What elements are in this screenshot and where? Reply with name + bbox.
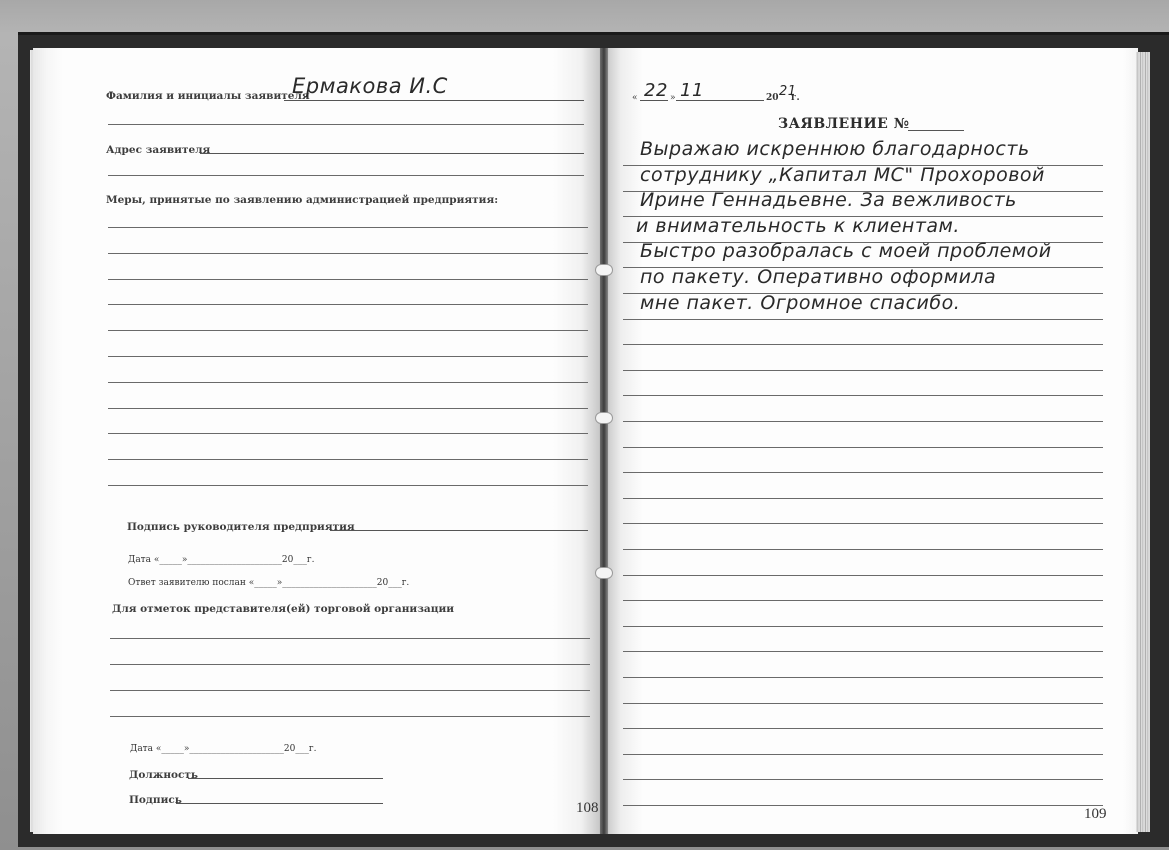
binding-stitch bbox=[595, 264, 613, 276]
ruled-line bbox=[623, 498, 1103, 499]
statement-line-text: сотруднику „Капитал МС" Прохоровой bbox=[640, 164, 1045, 186]
signature-field[interactable] bbox=[176, 803, 383, 804]
date-day-handwritten: 22 bbox=[644, 80, 668, 101]
date-line-1[interactable]: Дата «_____»_____________________20___г. bbox=[128, 555, 314, 565]
measures-label: Меры, принятые по заявлению администраци… bbox=[106, 194, 498, 206]
applicant-name-label: Фамилия и инициалы заявителя bbox=[106, 90, 310, 102]
right-page-edges bbox=[1136, 52, 1150, 832]
ruled-line bbox=[623, 626, 1103, 627]
date-day-field[interactable] bbox=[640, 100, 668, 101]
ruled-line bbox=[108, 485, 588, 486]
statement-title: ЗАЯВЛЕНИЕ № bbox=[778, 116, 909, 132]
ruled-line bbox=[108, 356, 588, 357]
applicant-name-field[interactable] bbox=[284, 100, 584, 101]
statement-line-text: мне пакет. Огромное спасибо. bbox=[640, 292, 960, 314]
ruled-line bbox=[623, 600, 1103, 601]
ruled-line bbox=[623, 779, 1103, 780]
statement-line-text: и внимательность к клиентам. bbox=[636, 215, 960, 237]
ruled-line bbox=[623, 677, 1103, 678]
position-label: Должность bbox=[129, 769, 198, 781]
ruled-line bbox=[110, 690, 590, 691]
ruled-line bbox=[623, 421, 1103, 422]
ruled-line bbox=[623, 447, 1103, 448]
applicant-address-line-2 bbox=[108, 175, 584, 176]
date-month-handwritten: 11 bbox=[680, 80, 704, 101]
ruled-line bbox=[108, 459, 588, 460]
applicant-name-line-2 bbox=[108, 124, 584, 125]
ruled-line bbox=[108, 253, 588, 254]
binding-stitch bbox=[595, 412, 613, 424]
statement-line-text: Ирине Геннадьевне. За вежливость bbox=[640, 189, 1017, 211]
position-field[interactable] bbox=[188, 778, 383, 779]
trade-org-notes-label: Для отметок представителя(ей) торговой о… bbox=[112, 603, 454, 615]
manager-signature-label: Подпись руководителя предприятия bbox=[127, 521, 355, 533]
applicant-address-label: Адрес заявителя bbox=[106, 144, 210, 156]
book-spine-gutter bbox=[600, 48, 608, 834]
date-line-2[interactable]: Дата «_____»_____________________20___г. bbox=[130, 744, 316, 754]
ruled-line bbox=[623, 370, 1103, 371]
reply-sent-line[interactable]: Ответ заявителю послан «_____»__________… bbox=[128, 578, 409, 588]
statement-line-text: по пакету. Оперативно оформила bbox=[640, 266, 996, 288]
ruled-line bbox=[108, 382, 588, 383]
ruled-line bbox=[623, 805, 1103, 806]
ruled-line bbox=[623, 728, 1103, 729]
ruled-line bbox=[623, 703, 1103, 704]
ruled-line bbox=[623, 754, 1103, 755]
ruled-line bbox=[110, 664, 590, 665]
ruled-line bbox=[108, 227, 588, 228]
date-month-field[interactable] bbox=[676, 100, 764, 101]
applicant-name-handwritten: Ермакова И.С bbox=[292, 74, 448, 98]
ruled-line bbox=[108, 433, 588, 434]
ruled-line bbox=[623, 344, 1103, 345]
manager-signature-field[interactable] bbox=[330, 530, 588, 531]
binding-stitch bbox=[595, 567, 613, 579]
ruled-line bbox=[110, 716, 590, 717]
ruled-line bbox=[623, 523, 1103, 524]
applicant-address-field[interactable] bbox=[200, 153, 584, 154]
statement-number-field[interactable] bbox=[908, 130, 964, 131]
left-page-number: 108 bbox=[576, 800, 599, 817]
ruled-line bbox=[623, 575, 1103, 576]
ruled-line bbox=[623, 472, 1103, 473]
signature-label: Подпись bbox=[129, 794, 182, 806]
right-page-number: 109 bbox=[1084, 806, 1107, 823]
statement-line-text: Быстро разобралась с моей проблемой bbox=[640, 240, 1052, 262]
ruled-line bbox=[108, 408, 588, 409]
ruled-line bbox=[108, 304, 588, 305]
ruled-line bbox=[108, 330, 588, 331]
ruled-line bbox=[623, 395, 1103, 396]
ruled-line bbox=[623, 651, 1103, 652]
ruled-line bbox=[110, 638, 590, 639]
ruled-line bbox=[108, 279, 588, 280]
ruled-line bbox=[623, 549, 1103, 550]
ruled-line bbox=[623, 319, 1103, 320]
statement-line-text: Выражаю искреннюю благодарность bbox=[640, 138, 1030, 160]
